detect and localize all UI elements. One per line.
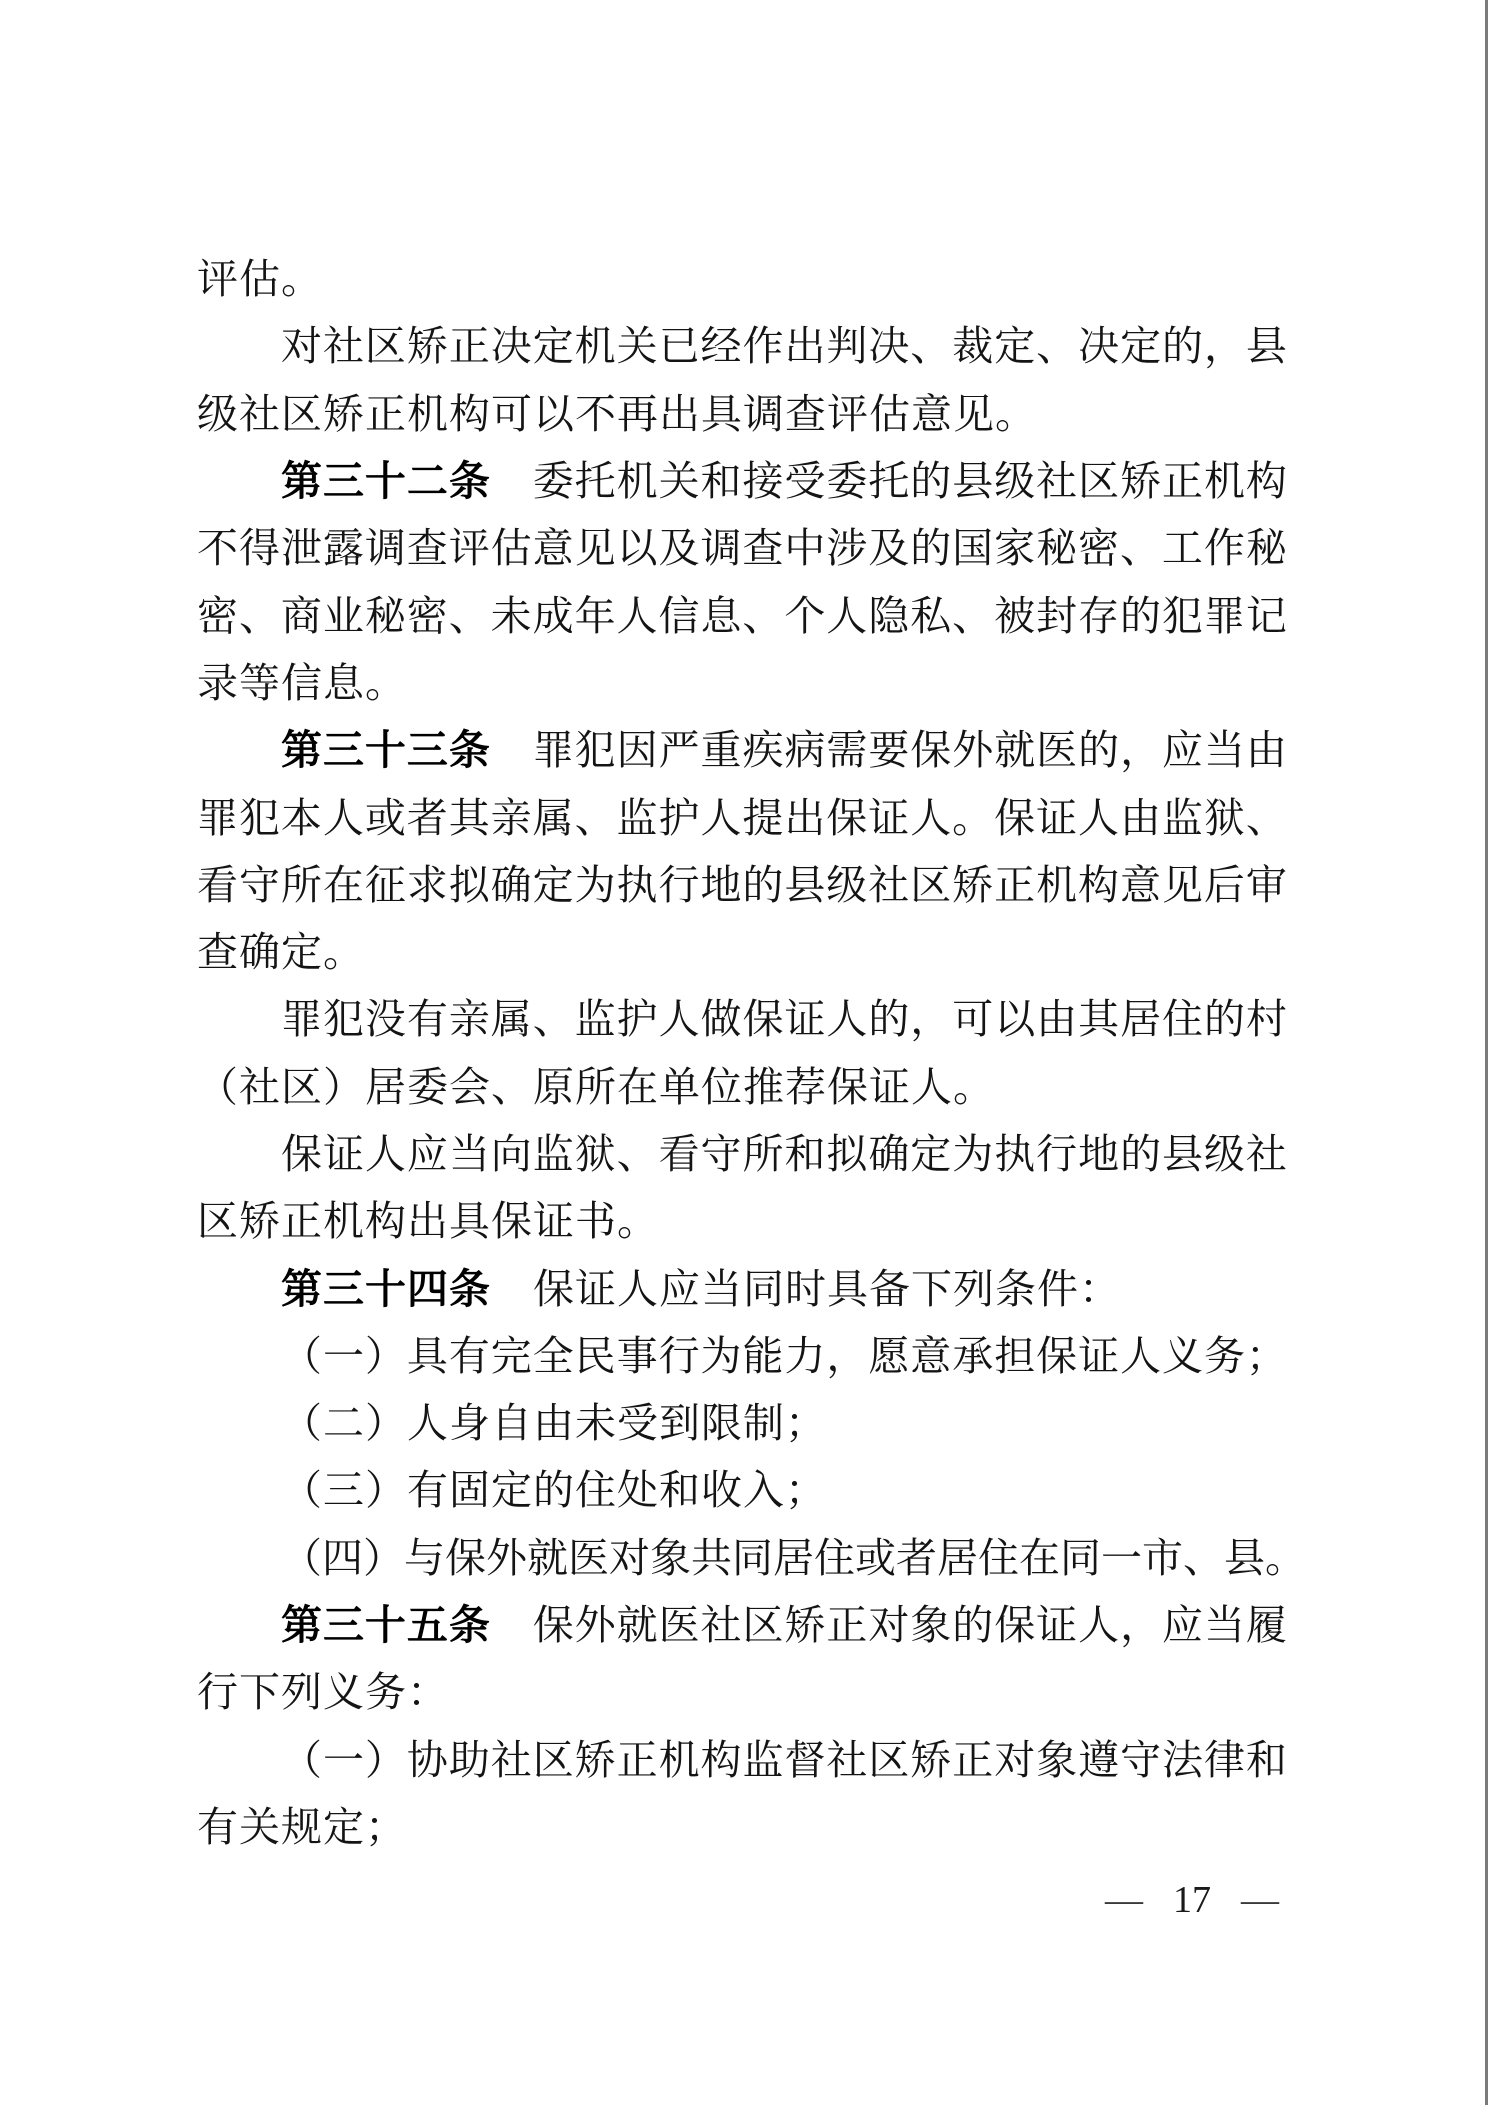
text-char: 同 bbox=[1060, 1538, 1101, 1579]
text-char: 封 bbox=[1036, 596, 1077, 637]
text-char: 拟 bbox=[826, 1134, 867, 1175]
article-number: 二 bbox=[407, 461, 448, 502]
text-char: 保 bbox=[910, 730, 951, 771]
text-char: 人 bbox=[407, 1403, 448, 1444]
text-char: 涉 bbox=[826, 528, 867, 569]
text-char: 构 bbox=[1246, 461, 1287, 502]
text-char: 监 bbox=[742, 1740, 783, 1781]
text-char: 象 bbox=[650, 1538, 691, 1579]
text-char: 和 bbox=[701, 461, 742, 502]
text-char: 村 bbox=[1246, 999, 1287, 1040]
text-char: 秘 bbox=[1036, 528, 1077, 569]
text-char: 证 bbox=[1078, 1336, 1119, 1377]
text-char: 在 bbox=[617, 1067, 658, 1108]
text-char: 。 bbox=[323, 932, 364, 973]
text-char: 保 bbox=[281, 1134, 322, 1175]
text-char: 查 bbox=[785, 394, 826, 435]
text-char: 督 bbox=[784, 1740, 825, 1781]
text-char: 与 bbox=[404, 1538, 445, 1579]
text-char: 当 bbox=[1204, 730, 1245, 771]
text-char: 对 bbox=[609, 1538, 650, 1579]
text-line: 不得泄露调查评估意见以及调查中涉及的国家秘密、工作秘 bbox=[197, 515, 1287, 582]
text-char: 及 bbox=[868, 528, 909, 569]
text-char: 家 bbox=[994, 528, 1035, 569]
text-char: 法 bbox=[1162, 1740, 1203, 1781]
text-char: 为 bbox=[701, 1336, 742, 1377]
text-char: （ bbox=[281, 1336, 322, 1377]
text-char: 行 bbox=[1036, 1134, 1077, 1175]
text-char: 及 bbox=[658, 528, 699, 569]
text-char: 条 bbox=[995, 1269, 1036, 1310]
text-char: 机 bbox=[407, 394, 448, 435]
text-char: 调 bbox=[743, 394, 784, 435]
text-char: 定 bbox=[1120, 326, 1161, 367]
text-char: 限 bbox=[701, 1403, 742, 1444]
text-char: 罪 bbox=[533, 730, 574, 771]
text-char: 担 bbox=[994, 1336, 1035, 1377]
text-char: 荐 bbox=[785, 1067, 826, 1108]
text-char: 关 bbox=[617, 326, 658, 367]
article-number: 三 bbox=[323, 1269, 364, 1310]
text-char: 秘 bbox=[365, 596, 406, 637]
text-char: 正 bbox=[449, 326, 490, 367]
text-char: 人 bbox=[1120, 1336, 1161, 1377]
text-char: 人 bbox=[659, 999, 700, 1040]
text-char: 记 bbox=[1246, 596, 1287, 637]
text-line: 第三十四条 保证人应当同时具备下列条件： bbox=[281, 1255, 1287, 1322]
text-char: 委 bbox=[533, 461, 574, 502]
text-char: 。 bbox=[952, 798, 993, 839]
text-char: 成 bbox=[533, 596, 574, 637]
text-char: 有 bbox=[407, 999, 448, 1040]
text-char: 人 bbox=[617, 1269, 658, 1310]
text-char: 处 bbox=[617, 1470, 658, 1511]
text-char: 意 bbox=[1120, 865, 1161, 906]
text-char: ， bbox=[1120, 730, 1161, 771]
text-char: 身 bbox=[449, 1403, 490, 1444]
text-char: 、 bbox=[1246, 798, 1287, 839]
text-char: 保 bbox=[491, 1201, 532, 1242]
text-char: 严 bbox=[659, 730, 700, 771]
text-char: 密 bbox=[197, 596, 238, 637]
text-char: 证 bbox=[784, 999, 825, 1040]
text-char: 看 bbox=[197, 865, 238, 906]
text-char: （ bbox=[197, 1067, 238, 1108]
text-char: 业 bbox=[323, 596, 364, 637]
text-char: 行 bbox=[658, 865, 699, 906]
text-char: 为 bbox=[952, 1134, 993, 1175]
text-char: 正 bbox=[617, 1740, 658, 1781]
text-char: 区 bbox=[365, 326, 406, 367]
text-char: 信 bbox=[658, 596, 699, 637]
text-char: 作 bbox=[1204, 528, 1245, 569]
text-char: 评 bbox=[449, 528, 490, 569]
document-page: 评估。对社区矫正决定机关已经作出判决、裁定、决定的，县级社区矫正机构可以不再出具… bbox=[0, 0, 1488, 2105]
text-char: 列 bbox=[953, 1269, 994, 1310]
text-line: 第三十二条 委托机关和接受委托的县级社区矫正机构 bbox=[281, 448, 1287, 515]
text-line: （社区）居委会、原所在单位推荐保证人。 bbox=[197, 1054, 1287, 1121]
text-char: 委 bbox=[407, 1067, 448, 1108]
text-char: 在 bbox=[1019, 1538, 1060, 1579]
text-char: 地 bbox=[1078, 1134, 1119, 1175]
text-char: 的 bbox=[1120, 596, 1161, 637]
text-char: 监 bbox=[617, 798, 658, 839]
text-char: 的 bbox=[952, 1605, 993, 1646]
text-line: 看守所在征求拟确定为执行地的县级社区矫正机构意见后审 bbox=[197, 852, 1287, 919]
text-char: 、 bbox=[239, 596, 280, 637]
text-char: 社 bbox=[868, 865, 909, 906]
text-char: 、 bbox=[533, 999, 574, 1040]
text-char: 接 bbox=[742, 461, 783, 502]
text-char: 证 bbox=[1036, 798, 1077, 839]
text-char: 律 bbox=[1204, 1740, 1245, 1781]
article-number: 条 bbox=[449, 730, 490, 771]
text-line: 第三十五条 保外就医社区矫正对象的保证人，应当履 bbox=[281, 1592, 1287, 1659]
text-char: ） bbox=[323, 1067, 364, 1108]
text-char: 密 bbox=[1078, 528, 1119, 569]
text-char: 住 bbox=[978, 1538, 1019, 1579]
text-line: 罪犯没有亲属、监护人做保证人的，可以由其居住的村 bbox=[281, 986, 1287, 1053]
text-char: 固 bbox=[449, 1470, 490, 1511]
text-char: 人 bbox=[617, 596, 658, 637]
text-char bbox=[491, 730, 532, 771]
text-line: 级社区矫正机构可以不再出具调查评估意见。 bbox=[197, 381, 1287, 448]
text-char: 机 bbox=[575, 326, 616, 367]
text-line: （一）具有完全民事行为能力，愿意承担保证人义务； bbox=[281, 1323, 1287, 1390]
text-char: 事 bbox=[617, 1336, 658, 1377]
text-char: 属 bbox=[491, 999, 532, 1040]
text-char: 会 bbox=[449, 1067, 490, 1108]
text-char: 估 bbox=[491, 528, 532, 569]
text-char: 护 bbox=[617, 999, 658, 1040]
article-number: 三 bbox=[323, 1605, 364, 1646]
text-char: 等 bbox=[239, 663, 280, 704]
text-char: 者 bbox=[407, 798, 448, 839]
text-char: 民 bbox=[575, 1336, 616, 1377]
text-char: 县 bbox=[952, 461, 993, 502]
text-char: 的 bbox=[910, 528, 951, 569]
text-char: 未 bbox=[491, 596, 532, 637]
text-char bbox=[491, 1605, 532, 1646]
text-char: 就 bbox=[994, 730, 1035, 771]
text-char: 共 bbox=[691, 1538, 732, 1579]
text-char: 遵 bbox=[1078, 1740, 1119, 1781]
text-char: 社 bbox=[239, 394, 280, 435]
article-number: 三 bbox=[323, 461, 364, 502]
text-char: 定 bbox=[323, 1807, 364, 1848]
text-char: 查 bbox=[742, 528, 783, 569]
text-char: ； bbox=[1246, 1336, 1287, 1377]
text-char: 出 bbox=[659, 394, 700, 435]
text-char: 拟 bbox=[449, 865, 490, 906]
text-char: 构 bbox=[449, 394, 490, 435]
text-char: 。 bbox=[365, 663, 406, 704]
text-char: 务 bbox=[365, 1672, 406, 1713]
text-line: 录等信息。 bbox=[197, 650, 1287, 717]
text-char: 罪 bbox=[1204, 596, 1245, 637]
text-char: 区 bbox=[281, 1067, 322, 1108]
text-char: ： bbox=[407, 1672, 448, 1713]
text-char: 犯 bbox=[575, 730, 616, 771]
text-char: 提 bbox=[742, 798, 783, 839]
text-char: 中 bbox=[784, 528, 825, 569]
text-char: ） bbox=[363, 1538, 404, 1579]
text-char: 向 bbox=[491, 1134, 532, 1175]
text-line: 罪犯本人或者其亲属、监护人提出保证人。保证人由监狱、 bbox=[197, 784, 1287, 851]
footer-dash-left: — bbox=[1105, 1881, 1143, 1919]
text-char: 监 bbox=[1162, 798, 1203, 839]
article-number: 十 bbox=[365, 461, 406, 502]
text-char: 全 bbox=[533, 1336, 574, 1377]
text-char: 居 bbox=[1120, 999, 1161, 1040]
text-char: 机 bbox=[1036, 865, 1077, 906]
text-char: 的 bbox=[533, 1470, 574, 1511]
text-char: 、 bbox=[910, 326, 951, 367]
text-char: 协 bbox=[407, 1740, 448, 1781]
text-char: 护 bbox=[658, 798, 699, 839]
text-char: 后 bbox=[1204, 865, 1245, 906]
text-char: （ bbox=[281, 1470, 322, 1511]
text-char: 居 bbox=[365, 1067, 406, 1108]
text-char: 疾 bbox=[742, 730, 783, 771]
text-char: 商 bbox=[281, 596, 322, 637]
text-char: 。 bbox=[953, 1067, 994, 1108]
text-char bbox=[491, 461, 532, 502]
text-char: 助 bbox=[449, 1740, 490, 1781]
text-char: 医 bbox=[568, 1538, 609, 1579]
text-char: 应 bbox=[407, 1134, 448, 1175]
text-char: 定 bbox=[533, 865, 574, 906]
text-char: 住 bbox=[1162, 999, 1203, 1040]
text-char: 证 bbox=[575, 1269, 616, 1310]
text-char: 和 bbox=[784, 1134, 825, 1175]
text-char: 做 bbox=[701, 999, 742, 1040]
text-char: 个 bbox=[784, 596, 825, 637]
text-char: ； bbox=[785, 1403, 826, 1444]
text-char: 决 bbox=[868, 326, 909, 367]
text-char: 。 bbox=[281, 259, 322, 300]
text-char: 见 bbox=[953, 394, 994, 435]
text-char: 有 bbox=[407, 1470, 448, 1511]
text-char: 备 bbox=[869, 1269, 910, 1310]
text-char: 出 bbox=[407, 1201, 448, 1242]
text-char: 具 bbox=[449, 1201, 490, 1242]
text-char: 正 bbox=[994, 865, 1035, 906]
text-char: 评 bbox=[827, 394, 868, 435]
text-char: ） bbox=[365, 1470, 406, 1511]
text-char: 年 bbox=[575, 596, 616, 637]
text-char: 机 bbox=[1204, 461, 1245, 502]
text-char: 判 bbox=[826, 326, 867, 367]
text-char: 或 bbox=[365, 798, 406, 839]
text-char: 罪 bbox=[197, 798, 238, 839]
text-char: 犯 bbox=[323, 999, 364, 1040]
text-char: 矫 bbox=[784, 1605, 825, 1646]
text-char: 以 bbox=[994, 999, 1035, 1040]
text-char: 人 bbox=[1078, 1605, 1119, 1646]
text-char: 义 bbox=[1162, 1336, 1203, 1377]
text-char: 有 bbox=[449, 1336, 490, 1377]
text-char: 私 bbox=[910, 596, 951, 637]
text-char: 罪 bbox=[281, 999, 322, 1040]
text-char: 下 bbox=[239, 1672, 280, 1713]
document-lines: 评估。对社区矫正决定机关已经作出判决、裁定、决定的，县级社区矫正机构可以不再出具… bbox=[197, 246, 1287, 1861]
text-char: 机 bbox=[323, 1201, 364, 1242]
text-char: 县 bbox=[1246, 326, 1287, 367]
text-char: 定 bbox=[910, 1134, 951, 1175]
text-char: ， bbox=[826, 1336, 867, 1377]
text-char: 估 bbox=[869, 394, 910, 435]
footer-dash-right: — bbox=[1241, 1881, 1279, 1919]
text-char: 、 bbox=[1036, 326, 1077, 367]
text-char: 犯 bbox=[239, 798, 280, 839]
text-char: 密 bbox=[407, 596, 448, 637]
text-char: 、 bbox=[1120, 528, 1161, 569]
text-char: 得 bbox=[239, 528, 280, 569]
text-char: 有 bbox=[197, 1807, 238, 1848]
text-char: 住 bbox=[814, 1538, 855, 1579]
text-char: ） bbox=[365, 1336, 406, 1377]
text-char: 或 bbox=[855, 1538, 896, 1579]
text-char: 求 bbox=[407, 865, 448, 906]
text-char: 以 bbox=[533, 394, 574, 435]
text-char: 息 bbox=[700, 596, 741, 637]
text-char: 社 bbox=[1246, 1134, 1287, 1175]
text-char: 三 bbox=[323, 1470, 364, 1511]
text-char: 级 bbox=[1204, 1134, 1245, 1175]
text-char: 区 bbox=[281, 394, 322, 435]
text-char: 受 bbox=[617, 1403, 658, 1444]
text-char: 。 bbox=[617, 1201, 658, 1242]
text-char: 书 bbox=[575, 1201, 616, 1242]
text-char: 原 bbox=[533, 1067, 574, 1108]
article-number: 十 bbox=[365, 1605, 406, 1646]
text-char: 具 bbox=[407, 1336, 448, 1377]
text-char: 守 bbox=[1120, 1740, 1161, 1781]
text-char: 、 bbox=[952, 596, 993, 637]
text-char: 要 bbox=[868, 730, 909, 771]
text-char: 执 bbox=[994, 1134, 1035, 1175]
text-char: 保 bbox=[445, 1538, 486, 1579]
text-char: 定 bbox=[533, 326, 574, 367]
text-line: （三）有固定的住处和收入； bbox=[281, 1457, 1287, 1524]
text-char: 没 bbox=[365, 999, 406, 1040]
text-char: 人 bbox=[323, 798, 364, 839]
text-char: 机 bbox=[617, 461, 658, 502]
text-char: 外 bbox=[952, 730, 993, 771]
text-char: 、 bbox=[742, 596, 783, 637]
text-char: 承 bbox=[952, 1336, 993, 1377]
text-char: 社 bbox=[491, 1740, 532, 1781]
text-char: 能 bbox=[742, 1336, 783, 1377]
text-char: 和 bbox=[1246, 1740, 1287, 1781]
text-char: 区 bbox=[533, 1740, 574, 1781]
page-number: 17 bbox=[1173, 1881, 1211, 1919]
text-char: 保 bbox=[994, 1605, 1035, 1646]
text-char: 作 bbox=[742, 326, 783, 367]
text-char: 、 bbox=[1183, 1538, 1224, 1579]
text-char: 社 bbox=[239, 1067, 280, 1108]
text-char: 查 bbox=[407, 528, 448, 569]
text-char: 人 bbox=[700, 798, 741, 839]
text-char: 正 bbox=[826, 1605, 867, 1646]
text-char: 同 bbox=[743, 1269, 784, 1310]
text-char: 亲 bbox=[449, 999, 490, 1040]
text-char: 守 bbox=[701, 1134, 742, 1175]
text-char: 收 bbox=[701, 1470, 742, 1511]
text-char: 单 bbox=[659, 1067, 700, 1108]
text-char: 医 bbox=[659, 1605, 700, 1646]
text-char: 当 bbox=[701, 1269, 742, 1310]
text-char: 列 bbox=[281, 1672, 322, 1713]
text-char: 所 bbox=[575, 1067, 616, 1108]
text-char: 调 bbox=[700, 528, 741, 569]
text-char: 二 bbox=[323, 1403, 364, 1444]
text-char: 构 bbox=[1078, 865, 1119, 906]
text-char: 正 bbox=[1162, 461, 1203, 502]
text-char: 未 bbox=[575, 1403, 616, 1444]
text-char: 由 bbox=[533, 1403, 574, 1444]
text-char: 一 bbox=[1101, 1538, 1142, 1579]
text-char: 经 bbox=[701, 326, 742, 367]
text-char: 保 bbox=[742, 999, 783, 1040]
text-char: 矫 bbox=[323, 394, 364, 435]
text-line: （四）与保外就医对象共同居住或者居住在同一市、县。 bbox=[281, 1525, 1287, 1592]
text-char: 矫 bbox=[1120, 461, 1161, 502]
text-char: 保 bbox=[827, 1067, 868, 1108]
text-char: 可 bbox=[952, 999, 993, 1040]
text-line: 第三十三条 罪犯因严重疾病需要保外就医的，应当由 bbox=[281, 717, 1287, 784]
text-char: 。 bbox=[1265, 1538, 1306, 1579]
text-char: 的 bbox=[1204, 999, 1245, 1040]
text-char: 不 bbox=[197, 528, 238, 569]
text-char: 居 bbox=[937, 1538, 978, 1579]
text-char: 调 bbox=[365, 528, 406, 569]
text-char: 的 bbox=[868, 999, 909, 1040]
text-char: 证 bbox=[869, 1067, 910, 1108]
text-char: 再 bbox=[617, 394, 658, 435]
text-char: 的 bbox=[910, 461, 951, 502]
text-char: 、 bbox=[449, 596, 490, 637]
text-char: 托 bbox=[575, 461, 616, 502]
text-char: 证 bbox=[533, 1201, 574, 1242]
text-char: ， bbox=[1120, 1605, 1161, 1646]
text-line: 有关规定； bbox=[197, 1794, 1287, 1861]
text-line: （一）协助社区矫正机构监督社区矫正对象遵守法律和 bbox=[281, 1727, 1287, 1794]
text-char: 犯 bbox=[1162, 596, 1203, 637]
text-char: 正 bbox=[365, 394, 406, 435]
text-char: 就 bbox=[617, 1605, 658, 1646]
article-number: 四 bbox=[407, 1269, 448, 1310]
article-number: 条 bbox=[449, 461, 490, 502]
text-char: 意 bbox=[910, 1336, 951, 1377]
text-char: 级 bbox=[826, 865, 867, 906]
text-char: 保 bbox=[533, 1269, 574, 1310]
text-line: 密、商业秘密、未成年人信息、个人隐私、被封存的犯罪记 bbox=[197, 582, 1287, 649]
text-char: ； bbox=[365, 1807, 406, 1848]
text-char: 本 bbox=[281, 798, 322, 839]
text-char: 查 bbox=[197, 932, 238, 973]
text-char: 入 bbox=[743, 1470, 784, 1511]
text-char: 居 bbox=[773, 1538, 814, 1579]
text-char: 当 bbox=[1204, 1605, 1245, 1646]
text-char: 件 bbox=[1037, 1269, 1078, 1310]
text-char: 不 bbox=[575, 394, 616, 435]
text-char: 征 bbox=[365, 865, 406, 906]
text-char: 县 bbox=[784, 865, 825, 906]
text-char: （ bbox=[281, 1740, 322, 1781]
text-char: 已 bbox=[659, 326, 700, 367]
